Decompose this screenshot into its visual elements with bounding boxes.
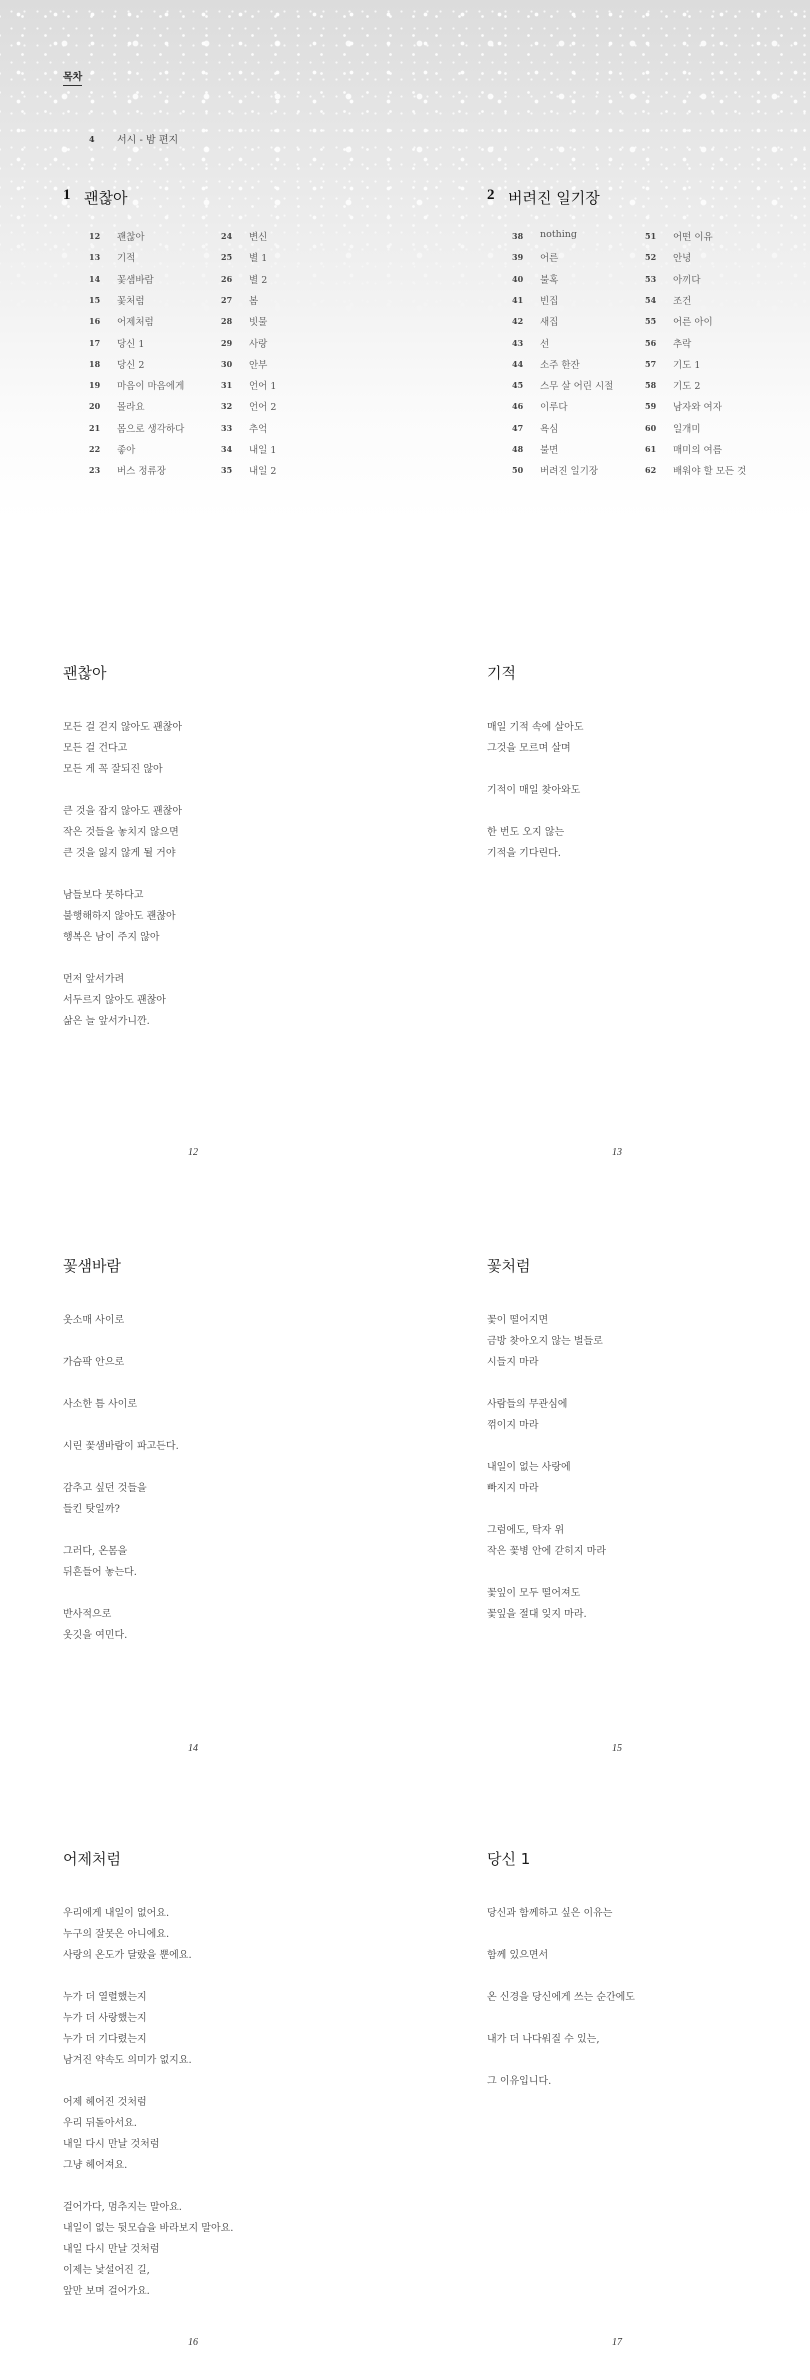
toc-entry-page-number: 47: [512, 423, 523, 433]
toc-entry-page-number: 55: [645, 316, 656, 326]
poem-line: 반사적으로: [63, 1604, 179, 1625]
poem-line: 모든 게 꼭 잘되진 않아: [63, 759, 182, 780]
toc-entry-page-number: 32: [221, 401, 232, 411]
toc-entry[interactable]: 54조건: [645, 292, 783, 313]
poem-line: 내일 다시 만날 것처럼: [63, 2239, 233, 2260]
toc-entry-page-number: 54: [645, 295, 656, 305]
toc-entry-title: 변신: [249, 229, 267, 243]
poem-line: 옷소매 사이로: [63, 1310, 179, 1331]
toc-entry[interactable]: 58기도 2: [645, 377, 783, 398]
poem-line: 큰 것을 잡지 않아도 괜찮아: [63, 801, 182, 822]
toc-entry-page-number: 53: [645, 274, 656, 284]
poem-body: 당신과 함께하고 싶은 이유는함께 있으면서온 신경을 당신에게 쓰는 순간에도…: [487, 1903, 635, 2092]
toc-entry-page-number: 19: [89, 380, 100, 390]
toc-entry-title: 새집: [540, 314, 558, 328]
toc-entry-page-number: 18: [89, 359, 100, 369]
toc-entry-title: 추락: [673, 336, 691, 350]
toc-entry-title: 안부: [249, 357, 267, 371]
toc-entry[interactable]: 29사랑: [221, 335, 359, 356]
toc-entry-title: 추억: [249, 421, 267, 435]
toc-entry-page-number: 62: [645, 465, 656, 475]
toc-entry-title: 이루다: [540, 399, 568, 413]
poem-line: 그 이유입니다.: [487, 2071, 635, 2092]
toc-entry-title: 별 1: [249, 250, 267, 264]
poem-line: 먼저 앞서가려: [63, 969, 182, 990]
stanza-break: [487, 1499, 606, 1520]
toc-entry[interactable]: 57기도 1: [645, 356, 783, 377]
toc-entry[interactable]: 50버려진 일기장: [512, 462, 650, 483]
toc-entry-title: 언어 1: [249, 378, 276, 392]
toc-entry-page-number: 24: [221, 231, 232, 241]
poem-line: 남겨진 약속도 의미가 없지요.: [63, 2050, 233, 2071]
page-number: 13: [612, 1147, 622, 1158]
poem-line: 빠지지 마라: [487, 1478, 606, 1499]
poem-line: 감추고 싶던 것들을: [63, 1478, 179, 1499]
stanza-break: [487, 1373, 606, 1394]
poem-title: 꽃처럼: [487, 1255, 530, 1276]
poem-line: 행복은 남이 주지 않아: [63, 927, 182, 948]
poem-line: 우리에게 내일이 없어요.: [63, 1903, 233, 1924]
toc-entry-page-number: 51: [645, 231, 656, 241]
poem-line: 서두르지 않아도 괜찮아: [63, 990, 182, 1011]
toc-entry-title: 몰라요: [117, 399, 145, 413]
toc-entry[interactable]: 46이루다: [512, 398, 650, 419]
toc-entry-page-number: 43: [512, 338, 523, 348]
poem-line: 작은 것들을 놓치지 않으면: [63, 822, 182, 843]
toc-entry-title: 조건: [673, 293, 691, 307]
toc-entry-title: 어른: [540, 250, 558, 264]
stanza-break: [63, 780, 182, 801]
toc-entry-title: 선: [540, 336, 549, 350]
toc-entry-title: 남자와 여자: [673, 399, 722, 413]
toc-entry-page-number: 16: [89, 316, 100, 326]
toc-entry[interactable]: 32언어 2: [221, 398, 359, 419]
poem-line: 우리 뒤돌아서요.: [63, 2113, 233, 2134]
toc-entry-page-number: 33: [221, 423, 232, 433]
toc-entry-title: 좋아: [117, 442, 135, 456]
poem-line: 매일 기적 속에 살아도: [487, 717, 583, 738]
poem-line: 모든 걸 건다고: [63, 738, 182, 759]
toc-entry-page-number: 60: [645, 423, 656, 433]
toc-entry-page-number: 21: [89, 423, 100, 433]
toc-entry-title: 일개미: [673, 421, 701, 435]
toc-entry-title: 스무 살 어린 시절: [540, 378, 613, 392]
stanza-break: [63, 864, 182, 885]
toc-entry-title: 안녕: [673, 250, 691, 264]
toc-entry[interactable]: 56추락: [645, 335, 783, 356]
poem-line: 함께 있으면서: [487, 1945, 635, 1966]
toc-entry-page-number: 59: [645, 401, 656, 411]
toc-entry[interactable]: 22좋아: [89, 441, 227, 462]
toc-entry-page-number: 12: [89, 231, 100, 241]
toc-entry-title: 매미의 여름: [673, 442, 722, 456]
poem-line: 작은 꽃병 안에 갇히지 마라: [487, 1541, 606, 1562]
section-1-title[interactable]: 괜찮아: [84, 187, 127, 208]
toc-entry-title: 사랑: [249, 336, 267, 350]
toc-entry[interactable]: 25별 1: [221, 249, 359, 270]
toc-entry-page-number: 38: [512, 231, 523, 241]
toc-entry[interactable]: 43선: [512, 335, 650, 356]
toc-entry-title: 기도 1: [673, 357, 700, 371]
toc-entry[interactable]: 55어른 아이: [645, 313, 783, 334]
page-number: 17: [612, 2337, 622, 2348]
toc-entry-title: 언어 2: [249, 399, 276, 413]
toc-entry[interactable]: 23버스 정류장: [89, 462, 227, 483]
toc-entry-title: 꽃샘바람: [117, 272, 154, 286]
stanza-break: [63, 1457, 179, 1478]
page-number: 16: [188, 2337, 198, 2348]
section-2-number: 2: [487, 187, 495, 204]
toc-entry-title: 꽃처럼: [117, 293, 145, 307]
poem-line: 앞만 보며 걸어가요.: [63, 2281, 233, 2302]
toc-entry-page-number: 39: [512, 252, 523, 262]
toc-entry[interactable]: 30안부: [221, 356, 359, 377]
toc-entry-page-number: 40: [512, 274, 523, 284]
stanza-break: [63, 1331, 179, 1352]
toc-entry[interactable]: 61매미의 여름: [645, 441, 783, 462]
poem-line: 내일이 없는 뒷모습을 바라보지 말아요.: [63, 2218, 233, 2239]
stanza-break: [63, 1373, 179, 1394]
toc-entry-page-number: 61: [645, 444, 656, 454]
poem-line: 누가 더 열렬했는지: [63, 1987, 233, 2008]
toc-entry-title: 아끼다: [673, 272, 701, 286]
toc-entry[interactable]: 41빈집: [512, 292, 650, 313]
toc-entry[interactable]: 17당신 1: [89, 335, 227, 356]
poem-title: 어제처럼: [63, 1848, 121, 1869]
toc-entry-title: 마음이 마음에게: [117, 378, 184, 392]
toc-entry[interactable]: 39어른: [512, 249, 650, 270]
toc-entry-page-number: 56: [645, 338, 656, 348]
toc-entry[interactable]: 45스무 살 어린 시절: [512, 377, 650, 398]
poem-line: 내가 더 나다워질 수 있는,: [487, 2029, 635, 2050]
toc-entry-title: 당신 1: [117, 336, 144, 350]
section-1-number: 1: [63, 187, 71, 204]
toc-entry[interactable]: 52안녕: [645, 249, 783, 270]
toc-entry[interactable]: 20몰라요: [89, 398, 227, 419]
toc-entry-title: 빗물: [249, 314, 267, 328]
poem-line: 사람들의 무관심에: [487, 1394, 606, 1415]
poem-body: 모든 걸 걷지 않아도 괜찮아모든 걸 건다고모든 게 꼭 잘되진 않아큰 것을…: [63, 717, 182, 1032]
stanza-break: [487, 2050, 635, 2071]
toc-entry[interactable]: 38nothing: [512, 228, 650, 249]
toc-entry[interactable]: 28빗물: [221, 313, 359, 334]
poem-line: 그냥 헤어져요.: [63, 2155, 233, 2176]
toc-entry-page-number: 20: [89, 401, 100, 411]
toc-entry-title: 불면: [540, 442, 558, 456]
stanza-break: [63, 1415, 179, 1436]
toc-entry-title: 기도 2: [673, 378, 700, 392]
poem-line: 그것을 모르며 살며: [487, 738, 583, 759]
poem-line: 그러다, 온몸을: [63, 1541, 179, 1562]
poem-line: 내일 다시 만날 것처럼: [63, 2134, 233, 2155]
toc-entry-title: 욕심: [540, 421, 558, 435]
toc-entry[interactable]: 14꽃샘바람: [89, 271, 227, 292]
poem-line: 꺾이지 마라: [487, 1415, 606, 1436]
toc-entry-title: 봄: [249, 293, 258, 307]
toc-entry-page-number: 30: [221, 359, 232, 369]
toc-entry[interactable]: 53아끼다: [645, 271, 783, 292]
poem-line: 어제 헤어진 것처럼: [63, 2092, 233, 2113]
toc-entry[interactable]: 62배워야 할 모든 것: [645, 462, 783, 483]
section-2-title[interactable]: 버려진 일기장: [508, 187, 600, 208]
toc-entry-title: 배워야 할 모든 것: [673, 463, 746, 477]
stanza-break: [487, 759, 583, 780]
poem-line: 시린 꽃샘바람이 파고든다.: [63, 1436, 179, 1457]
toc-entry-page-number: 58: [645, 380, 656, 390]
poem-line: 당신과 함께하고 싶은 이유는: [487, 1903, 635, 1924]
poem-body: 꽃이 떨어지면금방 찾아오지 않는 벌들로시들지 마라사람들의 무관심에꺾이지 …: [487, 1310, 606, 1625]
toc-entry-page-number: 14: [89, 274, 100, 284]
toc-entry-title: 어제처럼: [117, 314, 154, 328]
prologue-page-number: 4: [89, 134, 95, 144]
stanza-break: [487, 1562, 606, 1583]
toc-entry-page-number: 27: [221, 295, 232, 305]
toc-entry-title: 기적: [117, 250, 135, 264]
poem-line: 이제는 낯설어진 길,: [63, 2260, 233, 2281]
toc-entry-title: 당신 2: [117, 357, 144, 371]
stanza-break: [487, 1436, 606, 1457]
toc-entry-title: 버스 정류장: [117, 463, 166, 477]
toc-entry[interactable]: 13기적: [89, 249, 227, 270]
toc-entry-page-number: 48: [512, 444, 523, 454]
toc-entry-title: 내일 2: [249, 463, 276, 477]
toc-entry-title: 몸으로 생각하다: [117, 421, 184, 435]
toc-entry-title: 내일 1: [249, 442, 276, 456]
poem-line: 걸어가다, 멈추지는 말아요.: [63, 2197, 233, 2218]
toc-entry-title: 버려진 일기장: [540, 463, 598, 477]
stanza-break: [63, 948, 182, 969]
poem-line: 내일이 없는 사랑에: [487, 1457, 606, 1478]
toc-entry[interactable]: 16어제처럼: [89, 313, 227, 334]
poem-line: 모든 걸 걷지 않아도 괜찮아: [63, 717, 182, 738]
page-number: 14: [188, 1743, 198, 1754]
toc-entry-page-number: 17: [89, 338, 100, 348]
toc-entry-page-number: 28: [221, 316, 232, 326]
poem-line: 들킨 탓일까?: [63, 1499, 179, 1520]
toc-entry-page-number: 25: [221, 252, 232, 262]
toc-entry-page-number: 46: [512, 401, 523, 411]
toc-entry[interactable]: 24변신: [221, 228, 359, 249]
poem-title: 꽃샘바람: [63, 1255, 121, 1276]
toc-entry-page-number: 52: [645, 252, 656, 262]
toc-label: 목차: [63, 68, 82, 86]
toc-entry-page-number: 45: [512, 380, 523, 390]
toc-entry-title: nothing: [540, 229, 577, 240]
poem-line: 온 신경을 당신에게 쓰는 순간에도: [487, 1987, 635, 2008]
stanza-break: [63, 1966, 233, 1987]
toc-entry[interactable]: 12괜찮아: [89, 228, 227, 249]
stanza-break: [487, 2008, 635, 2029]
poem-line: 삶은 늘 앞서가니깐.: [63, 1011, 182, 1032]
toc-entry[interactable]: 48불면: [512, 441, 650, 462]
poem-line: 그럼에도, 탁자 위: [487, 1520, 606, 1541]
toc-entry-page-number: 42: [512, 316, 523, 326]
toc-entry[interactable]: 44소주 한잔: [512, 356, 650, 377]
poem-line: 뒤흔들어 놓는다.: [63, 1562, 179, 1583]
poem-title: 기적: [487, 662, 516, 683]
toc-entry-page-number: 23: [89, 465, 100, 475]
poem-body: 우리에게 내일이 없어요.누구의 잘못은 아니에요.사랑의 온도가 달랐을 뿐에…: [63, 1903, 233, 2302]
poem-line: 금방 찾아오지 않는 벌들로: [487, 1331, 606, 1352]
poem-line: 시들지 마라: [487, 1352, 606, 1373]
toc-entry[interactable]: 35내일 2: [221, 462, 359, 483]
toc-entry[interactable]: 21몸으로 생각하다: [89, 420, 227, 441]
toc-entry-page-number: 35: [221, 465, 232, 475]
toc-entry-page-number: 34: [221, 444, 232, 454]
poem-line: 누구의 잘못은 아니에요.: [63, 1924, 233, 1945]
poem-line: 큰 것을 잃지 않게 될 거야: [63, 843, 182, 864]
toc-entry[interactable]: 26별 2: [221, 271, 359, 292]
toc-entry-page-number: 31: [221, 380, 232, 390]
stanza-break: [63, 1520, 179, 1541]
stanza-break: [63, 1583, 179, 1604]
poem-line: 꽃잎이 모두 떨어져도: [487, 1583, 606, 1604]
toc-entry-page-number: 13: [89, 252, 100, 262]
toc-entry[interactable]: 31언어 1: [221, 377, 359, 398]
page-number: 15: [612, 1743, 622, 1754]
poem-line: 남들보다 못하다고: [63, 885, 182, 906]
toc-entry[interactable]: 18당신 2: [89, 356, 227, 377]
toc-entry[interactable]: 34내일 1: [221, 441, 359, 462]
toc-entry-title: 어떤 이유: [673, 229, 713, 243]
toc-entry-page-number: 57: [645, 359, 656, 369]
toc-entry-title: 불혹: [540, 272, 558, 286]
toc-entry[interactable]: 27봄: [221, 292, 359, 313]
toc-entry-page-number: 29: [221, 338, 232, 348]
stanza-break: [63, 2176, 233, 2197]
poem-line: 불행해하지 않아도 괜찮아: [63, 906, 182, 927]
stanza-break: [487, 1966, 635, 1987]
toc-entry-title: 어른 아이: [673, 314, 713, 328]
poem-line: 사소한 틈 사이로: [63, 1394, 179, 1415]
poem-line: 한 번도 오지 않는: [487, 822, 583, 843]
stanza-break: [487, 1924, 635, 1945]
toc-entry[interactable]: 15꽃처럼: [89, 292, 227, 313]
toc-entry-page-number: 22: [89, 444, 100, 454]
toc-entry-page-number: 15: [89, 295, 100, 305]
poem-line: 가슴팍 안으로: [63, 1352, 179, 1373]
toc-entry[interactable]: 59남자와 여자: [645, 398, 783, 419]
poem-line: 꽃이 떨어지면: [487, 1310, 606, 1331]
toc-entry[interactable]: 47욕심: [512, 420, 650, 441]
toc-entry-title: 소주 한잔: [540, 357, 580, 371]
poem-title: 당신 1: [487, 1848, 530, 1869]
poem-body: 매일 기적 속에 살아도그것을 모르며 살며기적이 매일 찾아와도한 번도 오지…: [487, 717, 583, 864]
poem-line: 기적이 매일 찾아와도: [487, 780, 583, 801]
toc-entry-title: 괜찮아: [117, 229, 145, 243]
toc-entry-page-number: 41: [512, 295, 523, 305]
poem-line: 꽃잎을 절대 잊지 마라.: [487, 1604, 606, 1625]
toc-entry-page-number: 44: [512, 359, 523, 369]
poem-title: 괜찮아: [63, 662, 106, 683]
toc-entry[interactable]: 19마음이 마음에게: [89, 377, 227, 398]
poem-line: 옷깃을 여민다.: [63, 1625, 179, 1646]
poem-line: 누가 더 기다렸는지: [63, 2029, 233, 2050]
toc-entry[interactable]: 51어떤 이유: [645, 228, 783, 249]
poem-line: 기적을 기다린다.: [487, 843, 583, 864]
toc-entry[interactable]: 33추억: [221, 420, 359, 441]
toc-entry-page-number: 26: [221, 274, 232, 284]
prologue-title[interactable]: 서시 - 밤 편지: [117, 131, 178, 146]
toc-entry-page-number: 50: [512, 465, 523, 475]
poem-body: 옷소매 사이로가슴팍 안으로사소한 틈 사이로시린 꽃샘바람이 파고든다.감추고…: [63, 1310, 179, 1646]
toc-entry[interactable]: 42새집: [512, 313, 650, 334]
toc-entry[interactable]: 40불혹: [512, 271, 650, 292]
toc-entry-title: 별 2: [249, 272, 267, 286]
poem-line: 사랑의 온도가 달랐을 뿐에요.: [63, 1945, 233, 1966]
toc-entry-title: 빈집: [540, 293, 558, 307]
page-number: 12: [188, 1147, 198, 1158]
poem-line: 누가 더 사랑했는지: [63, 2008, 233, 2029]
toc-entry[interactable]: 60일개미: [645, 420, 783, 441]
stanza-break: [487, 801, 583, 822]
stanza-break: [63, 2071, 233, 2092]
